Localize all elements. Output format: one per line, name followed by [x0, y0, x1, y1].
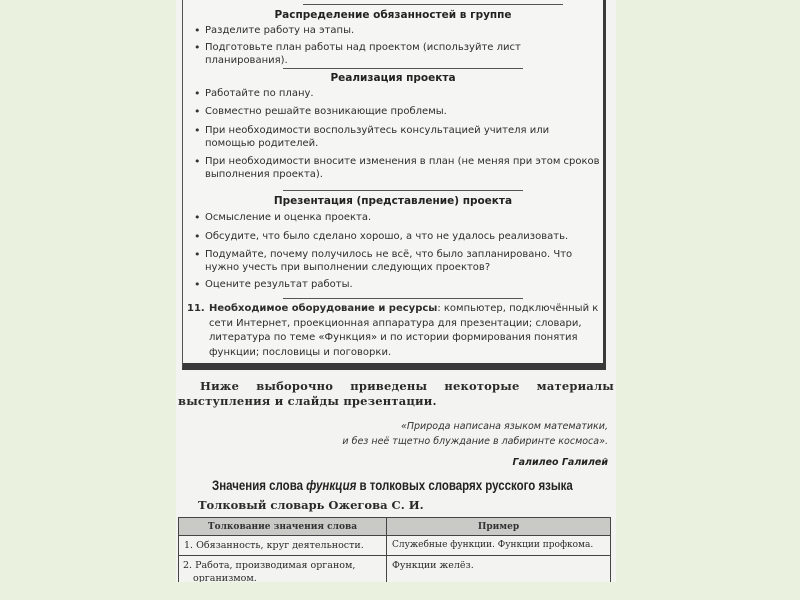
divider	[283, 68, 523, 69]
quote-line-2: и без неё тщетно блуждание в лабиринте к…	[228, 436, 608, 447]
item-number: 11.	[187, 302, 205, 317]
table-cell: Служебные функции. Функции профкома.	[387, 536, 611, 556]
scanned-page: Распределение обязанностей в группе Разд…	[176, 0, 616, 600]
divider	[303, 4, 563, 5]
project-plan-box: Распределение обязанностей в группе Разд…	[182, 0, 606, 370]
column-header-meaning: Толкование значения слова	[179, 518, 387, 536]
heading-text: в толковых словарях русского языка	[356, 477, 572, 493]
quote-author: Галилео Галилей	[513, 457, 608, 468]
bullet-item: Осмысление и оценка проекта.	[193, 211, 601, 224]
heading-italic-word: функция	[306, 477, 356, 493]
bullet-item: При необходимости воспользуйтесь консуль…	[193, 124, 601, 150]
section-title-implementation: Реализация проекта	[183, 72, 603, 84]
item-label: Необходимое оборудование и ресурсы	[209, 303, 437, 314]
dictionary-title: Толковый словарь Ожегова С. И.	[198, 498, 424, 512]
resources-item: 11.Необходимое оборудование и ресурсы: к…	[187, 302, 601, 360]
divider	[283, 298, 523, 299]
page-margin	[176, 582, 616, 600]
bullet-item: Обсудите, что было сделано хорошо, а что…	[193, 230, 601, 243]
bullet-item: Подумайте, почему получилось не всё, что…	[193, 248, 601, 274]
quote-line-1: «Природа написана языком математики,	[228, 421, 608, 432]
bullet-item: Совместно решайте возникающие проблемы.	[193, 105, 601, 118]
section-title-presentation: Презентация (представление) проекта	[183, 195, 603, 207]
divider	[283, 190, 523, 191]
section-heading: Значения слова функция в толковых словар…	[212, 477, 614, 493]
table-header-row: Толкование значения слова Пример	[179, 518, 611, 536]
section-title-distribution: Распределение обязанностей в группе	[183, 9, 603, 21]
column-header-example: Пример	[387, 518, 611, 536]
bullet-item: Подготовьте план работы над проектом (ис…	[193, 41, 601, 67]
intro-paragraph: Ниже выборочно приведены некоторые матер…	[178, 379, 614, 409]
bullet-item: Разделите работу на этапы.	[193, 24, 601, 37]
definitions-table: Толкование значения слова Пример 1. Обяз…	[178, 517, 611, 589]
table-row: 1. Обязанность, круг деятельности. Служе…	[179, 536, 611, 556]
heading-text: Значения слова	[212, 477, 306, 493]
table-cell: 1. Обязанность, круг деятельности.	[179, 536, 387, 556]
bullet-item: Оцените результат работы.	[193, 278, 601, 291]
bullet-item: Работайте по плану.	[193, 87, 601, 100]
bullet-item: При необходимости вносите изменения в пл…	[193, 155, 601, 181]
